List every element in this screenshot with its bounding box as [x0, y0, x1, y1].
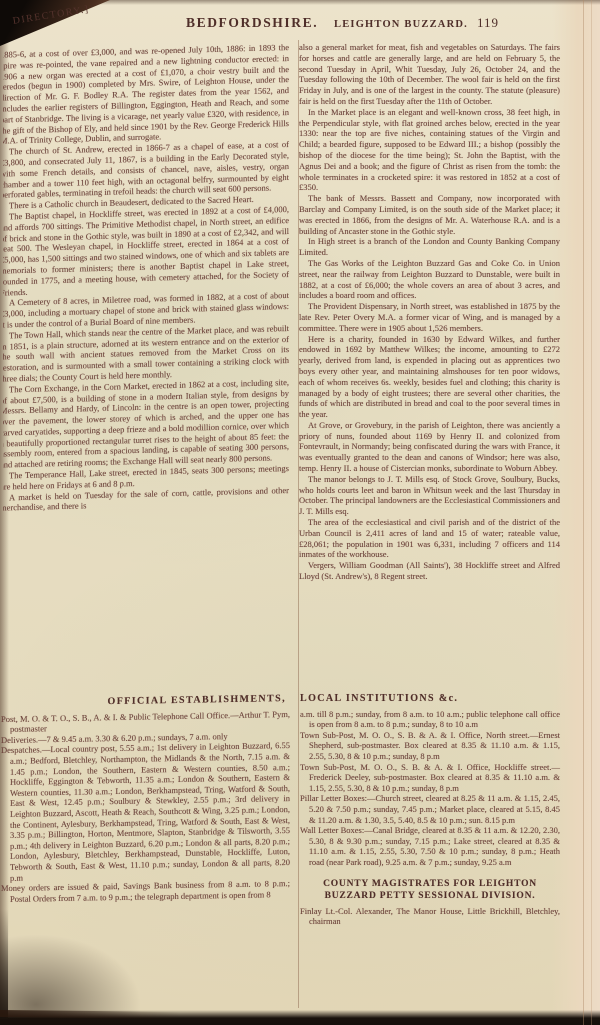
official-entries: Post, M. O. & T. O., S. B., A. & I. & Pu…: [1, 709, 290, 905]
paragraph: The Baptist chapel, in Hockliffe street,…: [3, 204, 289, 298]
paragraph: 1885-6, at a cost of over £3,000, and wa…: [3, 42, 289, 147]
left-column: 1885-6, at a cost of over £3,000, and wa…: [3, 42, 289, 692]
local-institutions-section: LOCAL INSTITUTIONS &c. a.m. till 8 p.m.;…: [300, 694, 560, 927]
book-edge-bottom: [0, 1010, 180, 1019]
directory-entry: Wall Letter Boxes:—Canal Bridge, cleared…: [300, 825, 560, 867]
directory-entry: Town Sub-Post, M. O. O., S. B. & A. & I.…: [300, 762, 560, 794]
directory-entry: a.m. till 8 p.m.; sunday, from 8 a.m. to…: [300, 709, 560, 730]
paragraph: The Corn Exchange, in the Corn Market, e…: [3, 377, 289, 471]
magistrates-heading: COUNTY MAGISTRATES FOR LEIGHTON BUZZARD …: [306, 878, 554, 902]
local-entries: a.m. till 8 p.m.; sunday, from 8 a.m. to…: [300, 709, 560, 868]
directory-entry: Despatches.—Local country post, 5.55 a.m…: [1, 740, 290, 883]
paragraph: The Town Hall, which stands near the cen…: [3, 323, 289, 385]
paragraph: The area of the ecclesiastical and civil…: [299, 517, 560, 560]
directory-entry: Money orders are issued & paid, Savings …: [1, 878, 290, 904]
directory-entry: Pillar Letter Boxes:—Church street, clea…: [300, 793, 560, 825]
paragraph: In the Market place is an elegant and we…: [299, 107, 560, 193]
paragraph: The manor belongs to J. T. Mills esq. of…: [299, 474, 560, 517]
page-number: 119: [477, 15, 499, 31]
bottom-sections: OFFICIAL ESTABLISHMENTS, Post, M. O. & T…: [3, 694, 588, 927]
paragraph: Vergers, William Goodman (All Saints'), …: [299, 560, 560, 582]
paragraph: At Grove, or Grovebury, in the parish of…: [299, 420, 560, 474]
magistrate-entry: Finlay Lt.-Col. Alexander, The Manor Hou…: [300, 906, 560, 927]
main-text-area: 1885-6, at a cost of over £3,000, and wa…: [3, 42, 588, 692]
paragraph: also a general market for meat, fish and…: [299, 42, 560, 107]
right-column: also a general market for meat, fish and…: [299, 42, 560, 692]
official-establishments-section: OFFICIAL ESTABLISHMENTS, Post, M. O. & T…: [1, 694, 290, 932]
paragraph: Here is a charity, founded in 1630 by Ed…: [299, 334, 560, 420]
paragraph: In High street is a branch of the London…: [299, 236, 560, 258]
official-establishments-heading: OFFICIAL ESTABLISHMENTS,: [1, 694, 290, 710]
page-edge-crease: [591, 0, 592, 1025]
directory-entry: Town Sub-Post, M. O. O., S. B. & A. & I.…: [300, 730, 560, 762]
paragraph: The church of St. Andrew, erected in 186…: [3, 139, 289, 201]
town-title: LEIGHTON BUZZARD.: [334, 19, 468, 30]
paragraph: The bank of Messrs. Bassett and Company,…: [299, 193, 560, 236]
paragraph: The Provident Dispensary, in North stree…: [299, 301, 560, 333]
paragraph: The Gas Works of the Leighton Buzzard Ga…: [299, 258, 560, 301]
local-institutions-heading: LOCAL INSTITUTIONS &c.: [300, 694, 560, 705]
county-title: BEDFORDSHIRE.: [186, 15, 318, 31]
scanned-directory-page: DIRECTORY.] BEDFORDSHIRE. LEIGHTON BUZZA…: [0, 0, 600, 1025]
